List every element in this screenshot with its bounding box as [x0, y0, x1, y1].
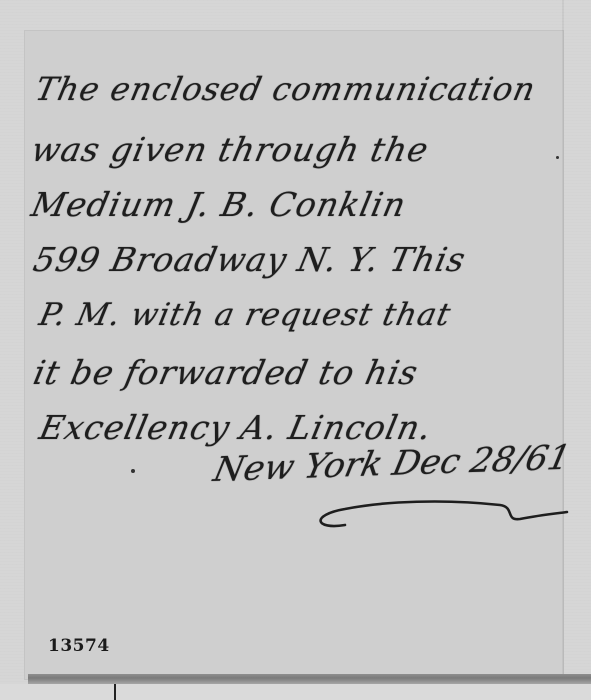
letter-line-2: was given through the [28, 130, 433, 169]
scan-tick-mark [114, 684, 116, 700]
letter-line-3: Medium J. B. Conklin [28, 185, 410, 224]
sheet-right-edge [562, 0, 564, 680]
letter-line-7: Excellency A. Lincoln. [36, 408, 436, 447]
letter-line-6: it be forwarded to his [30, 353, 422, 392]
catalog-number: 13574 [48, 636, 110, 656]
ink-dot [131, 469, 135, 473]
letter-line-1: The enclosed communication [32, 70, 539, 108]
letter-line-4: 599 Broadway N. Y. This [30, 240, 470, 279]
scan-bottom-strip [0, 684, 591, 700]
sheet-bottom-edge [28, 674, 591, 684]
signature-flourish-icon [305, 495, 575, 540]
letter-line-5: P. M. with a request that [36, 297, 454, 333]
ink-dot [556, 156, 559, 159]
